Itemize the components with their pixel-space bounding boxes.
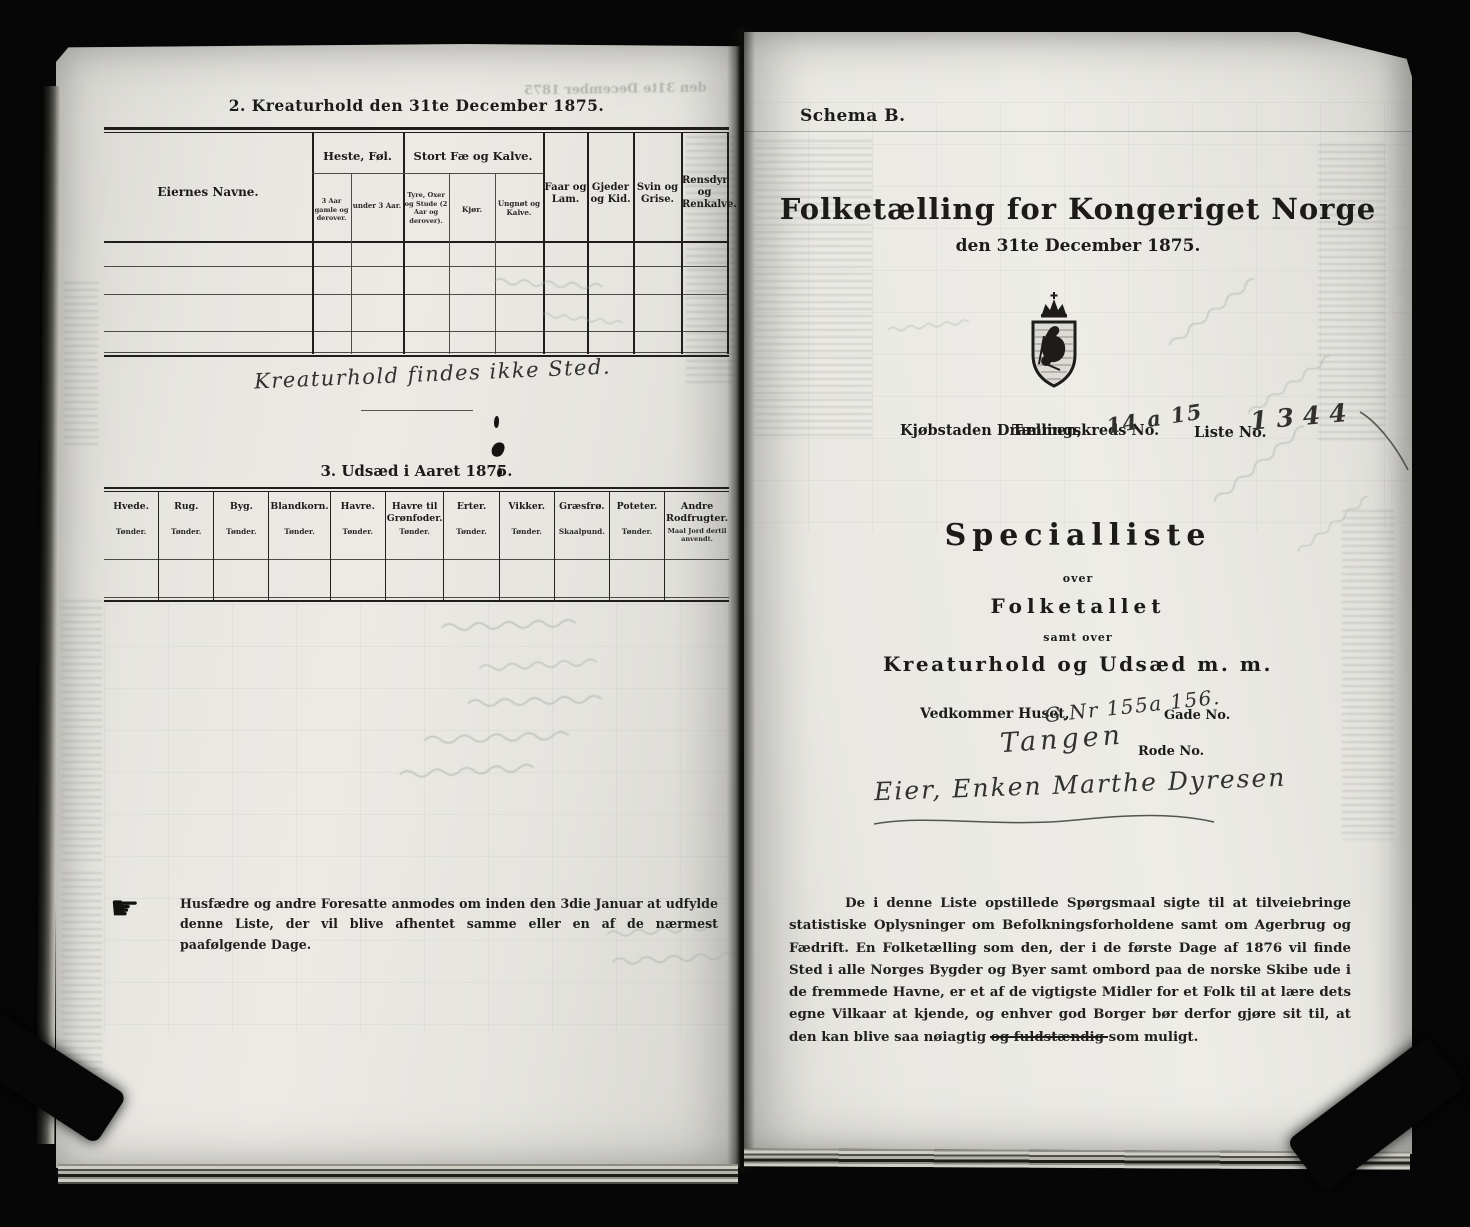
- column-header: Rug.: [159, 501, 213, 527]
- rule: [104, 355, 729, 357]
- column-unit: Tønder.: [159, 527, 213, 536]
- rode-no-label: Rode No.: [1138, 744, 1204, 759]
- census-date-line: den 31te December 1875.: [744, 236, 1412, 256]
- handwritten-dash: [361, 410, 473, 411]
- column-header: Hvede.: [104, 501, 158, 527]
- rule: [403, 133, 405, 354]
- manicule-icon: ☛: [110, 888, 140, 927]
- column-unit: Tønder.: [104, 527, 158, 536]
- udsaed-col-hvede: Hvede. Tønder.: [104, 492, 158, 600]
- handwritten-kreaturhold-entry: Kreaturhold findes ikke Sted.: [254, 355, 612, 394]
- kreaturhold-table: Eiernes Navne. Heste, Føl. 3 Aar gamle o…: [104, 127, 729, 356]
- udsaed-col-erter: Erter. Tønder.: [443, 492, 498, 600]
- column-unit: Tønder.: [444, 527, 498, 536]
- column-header-rensdyr: Rensdyr og Renkalve.: [682, 175, 727, 212]
- udsaed-col-vikker: Vikker. Tønder.: [499, 492, 554, 600]
- column-unit: Tønder.: [500, 527, 554, 536]
- footer-instruction-text: Husfædre og andre Foresatte anmodes om i…: [180, 894, 718, 955]
- ink-blot: [490, 441, 506, 459]
- column-header: Andre Rodfrugter.: [665, 501, 729, 527]
- ink-blot: [494, 416, 499, 428]
- norway-coat-of-arms: [1022, 290, 1086, 394]
- explanatory-paragraph: De i denne Liste opstillede Spørgsmaal s…: [789, 892, 1351, 1048]
- column-header-faar: Faar og Lam.: [544, 182, 587, 206]
- udsaed-col-byg: Byg. Tønder.: [213, 492, 268, 600]
- column-header-heste-3aar: 3 Aar gamle og derover.: [313, 197, 350, 223]
- udsaed-table: Hvede. Tønder. Rug. Tønder. Byg. Tønder.…: [104, 487, 729, 603]
- column-header: Havre til Grønfoder.: [386, 501, 444, 527]
- udsaed-col-rodfrugter: Andre Rodfrugter. Maal Jord dertil anven…: [664, 492, 729, 600]
- udsaed-col-rug: Rug. Tønder.: [158, 492, 213, 600]
- page-stack-edge-bottom: [58, 1164, 738, 1184]
- column-header-heste-under3: under 3 Aar.: [352, 201, 402, 210]
- column-group-heste: Heste, Føl.: [312, 149, 403, 163]
- column-group-stort-fae: Stort Fæ og Kalve.: [403, 149, 543, 163]
- bleedthrough-handwriting: [534, 308, 625, 327]
- kreaturhold-section-title: 2. Kreaturhold den 31te December 1875.: [104, 96, 729, 115]
- column-header-ungnoet: Ungnøt og Kalve.: [496, 199, 542, 218]
- column-header-tyre-oxer: Tyre, Oxer og Stude (2 Aar og derover).: [404, 191, 448, 225]
- rule: [104, 127, 729, 130]
- specialliste-kreaturhold: Kreaturhold og Udsæd m. m.: [744, 652, 1412, 676]
- udsaed-col-blandkorn: Blandkorn. Tønder.: [268, 492, 329, 600]
- specialliste-folketallet: Folketallet: [744, 594, 1412, 618]
- census-page-right: Schema B. Folketælling for Kongeriget No…: [744, 32, 1412, 1154]
- column-header: Græsfrø.: [555, 501, 609, 527]
- rule: [403, 173, 543, 174]
- column-header-svin: Svin og Grise.: [634, 182, 681, 206]
- specialliste-samt-over: samt over: [744, 631, 1412, 644]
- rule: [744, 131, 1412, 132]
- column-unit: Tønder.: [331, 527, 385, 536]
- district-line: Kjøbstaden Drammen, Tællingskreds No. 14…: [744, 418, 1412, 478]
- rule: [312, 133, 314, 354]
- handwriting-flourish: [1358, 410, 1412, 474]
- column-unit: Tønder.: [610, 527, 664, 536]
- column-header: Erter.: [444, 501, 498, 527]
- bleedthrough-print-block: [64, 282, 98, 450]
- census-main-title: Folketælling for Kongeriget Norge: [744, 192, 1412, 226]
- bleedthrough-print-block: [62, 872, 102, 1072]
- schema-label: Schema B.: [800, 106, 906, 126]
- column-header-owner: Eiernes Navne.: [104, 185, 312, 200]
- column-header: Havre.: [331, 501, 385, 527]
- rule: [681, 133, 683, 354]
- column-header: Vikker.: [500, 501, 554, 527]
- book-gutter: [727, 28, 755, 1173]
- rule: [990, 1036, 1108, 1038]
- udsaed-col-havre: Havre. Tønder.: [330, 492, 385, 600]
- rule: [633, 133, 635, 354]
- column-unit: Maal Jord dertil anvendt.: [665, 527, 729, 543]
- rule: [104, 600, 729, 602]
- rule: [312, 173, 403, 174]
- bleedthrough-print-block: [754, 140, 872, 440]
- rule: [104, 487, 729, 489]
- column-unit: Tønder.: [386, 527, 444, 536]
- gade-no-label: Gade No.: [1164, 708, 1230, 723]
- specialliste-over: over: [744, 572, 1412, 585]
- udsaed-col-groenfoder: Havre til Grønfoder. Tønder.: [385, 492, 444, 600]
- column-header: Byg.: [214, 501, 268, 527]
- udsaed-section-title: 3. Udsæd i Aaret 1875.: [104, 462, 729, 480]
- column-header-gjeder: Gjeder og Kid.: [588, 182, 633, 206]
- udsaed-col-graesfroe: Græsfrø. Skaalpund.: [554, 492, 609, 600]
- column-unit: Tønder.: [269, 527, 329, 536]
- specialliste-title: Specialliste: [744, 518, 1412, 553]
- column-header-kjoer: Kjør.: [450, 205, 494, 215]
- udsaed-col-poteter: Poteter. Tønder.: [609, 492, 664, 600]
- census-page-left: den 31te December 1875 2. Kreaturhold de…: [56, 44, 740, 1168]
- column-header: Poteter.: [610, 501, 664, 527]
- bleedthrough-print-block: [62, 600, 102, 862]
- bleedthrough-grid: [104, 604, 729, 1034]
- column-unit: Skaalpund.: [555, 527, 609, 536]
- handwriting-underline: [872, 812, 1216, 830]
- handwritten-street-name: Tangen: [999, 720, 1125, 760]
- column-unit: Tønder.: [214, 527, 268, 536]
- column-header: Blandkorn.: [269, 501, 329, 527]
- rule: [543, 133, 545, 354]
- rule: [449, 174, 450, 354]
- scanned-census-spread: den 31te December 1875 2. Kreaturhold de…: [0, 0, 1470, 1227]
- bleedthrough-print-block: [1318, 144, 1386, 440]
- footer-instruction-note: ☛ Husfædre og andre Foresatte anmodes om…: [108, 894, 728, 955]
